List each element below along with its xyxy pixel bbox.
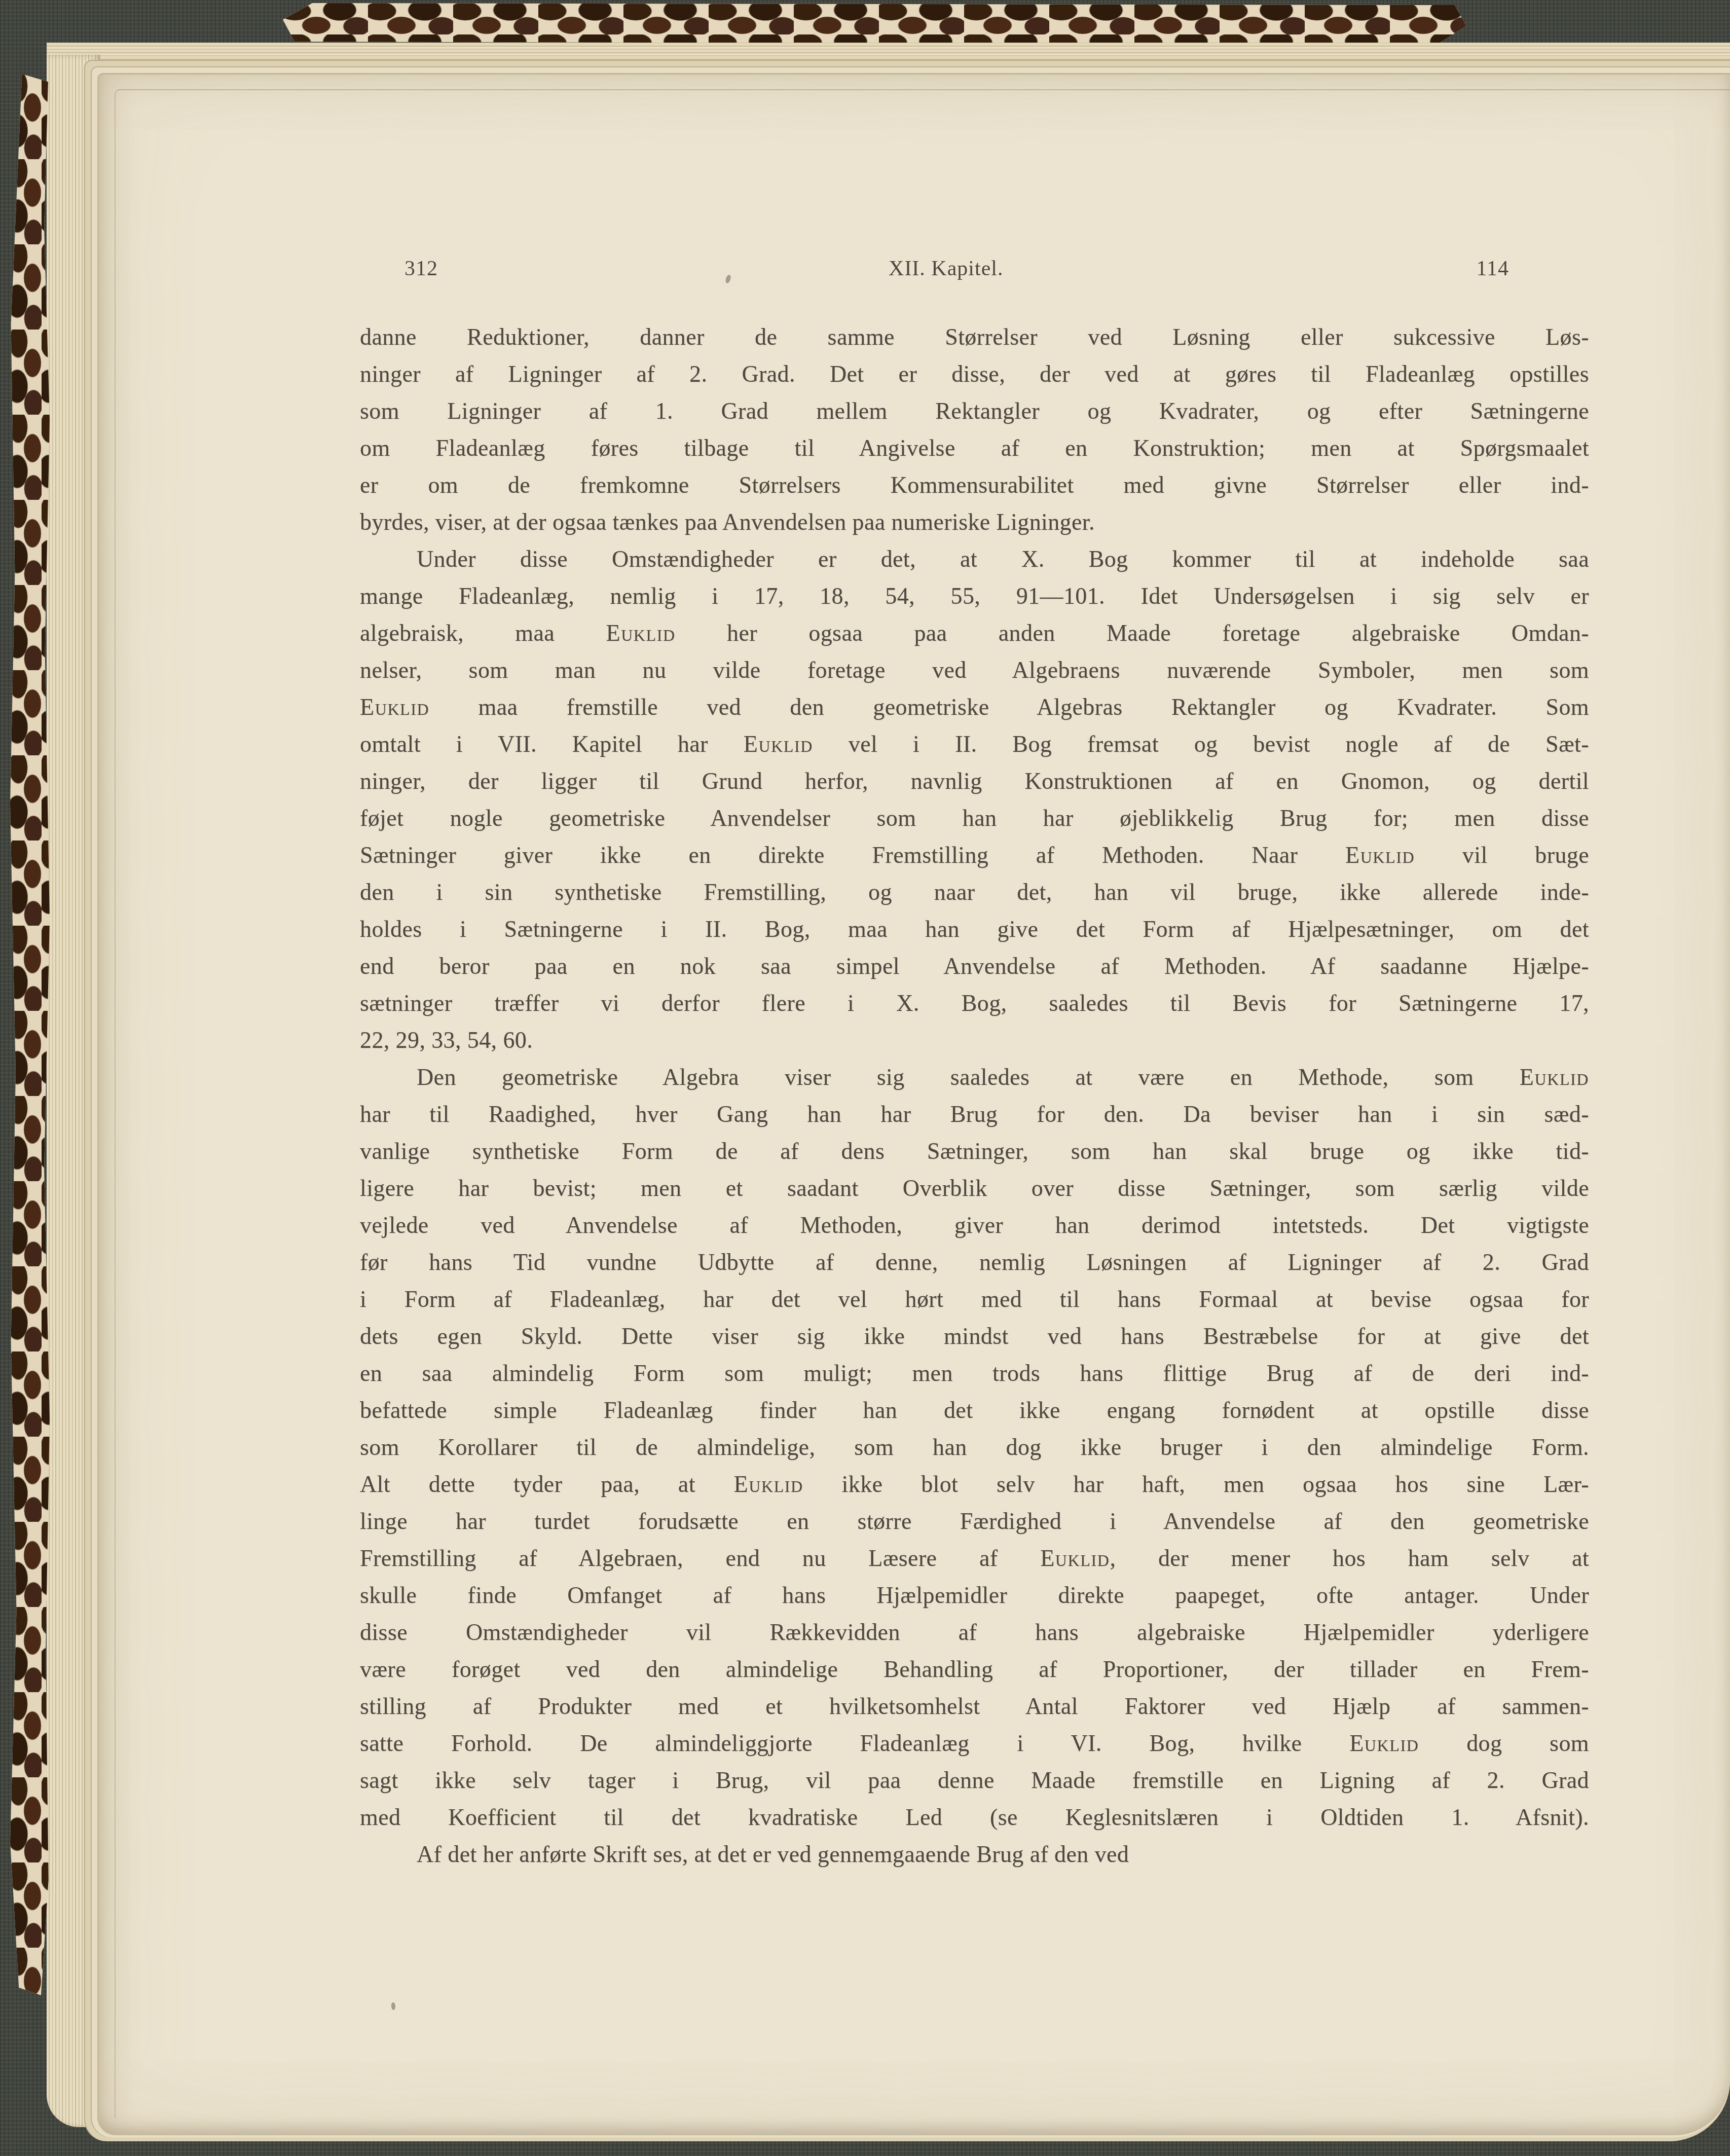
euklid-smallcaps: Euklid: [1040, 1545, 1110, 1571]
text-line: Sætninger giver ikke en direkte Fremstil…: [360, 836, 1589, 873]
page-header: 312 XII. Kapitel. 114: [360, 257, 1589, 285]
text-line: satte Forhold. De almindeliggjorte Flade…: [360, 1725, 1589, 1762]
text-line: byrdes, viser, at der ogsaa tænkes paa A…: [360, 503, 1589, 540]
text-line: nelser, som man nu vilde foretage ved Al…: [360, 651, 1589, 688]
euklid-smallcaps: Euklid: [1520, 1064, 1589, 1090]
euklid-smallcaps: Euklid: [360, 694, 429, 720]
text-line: linge har turdet forudsætte en større Fæ…: [360, 1503, 1589, 1540]
euklid-smallcaps: Euklid: [606, 620, 675, 646]
text-line: som Korollarer til de almindelige, som h…: [360, 1429, 1589, 1466]
text-line: har til Raadighed, hver Gang han har Bru…: [360, 1095, 1589, 1132]
page-number-left: 312: [360, 257, 438, 281]
text-line: sagt ikke selv tager i Brug, vil paa den…: [360, 1762, 1589, 1799]
euklid-smallcaps: Euklid: [734, 1471, 803, 1497]
text-line: være forøget ved den almindelige Behandl…: [360, 1651, 1589, 1688]
euklid-smallcaps: Euklid: [1349, 1730, 1419, 1756]
book-page: 312 XII. Kapitel. 114 danne Reduktioner,…: [97, 73, 1730, 2135]
marbled-edge-top: [283, 3, 1466, 45]
text-line: dets egen Skyld. Dette viser sig ikke mi…: [360, 1318, 1589, 1355]
text-line: med Koefficient til det kvadratiske Led …: [360, 1799, 1589, 1836]
text-line: stilling af Produkter med et hvilketsomh…: [360, 1688, 1589, 1725]
foxing-speck: [391, 2002, 396, 2011]
text-line: er om de fremkomne Størrelsers Kommensur…: [360, 466, 1589, 503]
running-title: XII. Kapitel.: [427, 257, 1465, 281]
text-line: befattede simple Fladeanlæg finder han d…: [360, 1392, 1589, 1429]
text-line: føjet nogle geometriske Anvendelser som …: [360, 799, 1589, 836]
page-number-right: 114: [1477, 257, 1589, 281]
text-line: i Form af Fladeanlæg, har det vel hørt m…: [360, 1281, 1589, 1318]
text-line: Euklid maa fremstille ved den geometrisk…: [360, 688, 1589, 725]
text-line: danne Reduktioner, danner de samme Størr…: [360, 318, 1589, 355]
text-line: Fremstilling af Algebraen, end nu Læsere…: [360, 1540, 1589, 1577]
text-line: vejlede ved Anvendelse af Methoden, give…: [360, 1207, 1589, 1244]
text-line: vanlige synthetiske Form de af dens Sætn…: [360, 1132, 1589, 1170]
text-line: som Ligninger af 1. Grad mellem Rektangl…: [360, 392, 1589, 429]
text-body: danne Reduktioner, danner de samme Størr…: [360, 318, 1589, 1873]
text-line: den i sin synthetiske Fremstilling, og n…: [360, 873, 1589, 910]
marbled-edge-left: [10, 74, 50, 1995]
text-line: mange Fladeanlæg, nemlig i 17, 18, 54, 5…: [360, 577, 1589, 614]
text-line: ninger af Ligninger af 2. Grad. Det er d…: [360, 355, 1589, 392]
text-line: ligere har bevist; men et saadant Overbl…: [360, 1170, 1589, 1207]
text-line: skulle finde Omfanget af hans Hjælpemidl…: [360, 1577, 1589, 1614]
text-line: sætninger træffer vi derfor flere i X. B…: [360, 984, 1589, 1021]
text-line: om Fladeanlæg føres tilbage til Angivels…: [360, 429, 1589, 466]
text-line: holdes i Sætningerne i II. Bog, maa han …: [360, 910, 1589, 947]
text-line: Under disse Omstændigheder er det, at X.…: [360, 540, 1589, 577]
text-line: Af det her anførte Skrift ses, at det er…: [360, 1836, 1589, 1873]
text-line: en saa almindelig Form som muligt; men t…: [360, 1355, 1589, 1392]
text-line: end beror paa en nok saa simpel Anvendel…: [360, 947, 1589, 984]
text-line: før hans Tid vundne Udbytte af denne, ne…: [360, 1244, 1589, 1281]
euklid-smallcaps: Euklid: [1345, 842, 1415, 868]
text-line: 22, 29, 33, 54, 60.: [360, 1021, 1589, 1058]
book-scan: 312 XII. Kapitel. 114 danne Reduktioner,…: [0, 0, 1730, 2156]
text-line: omtalt i VII. Kapitel har Euklid vel i I…: [360, 725, 1589, 762]
euklid-smallcaps: Euklid: [744, 731, 813, 757]
text-line: ninger, der ligger til Grund herfor, nav…: [360, 762, 1589, 799]
text-line: Den geometriske Algebra viser sig saaled…: [360, 1058, 1589, 1095]
text-line: disse Omstændigheder vil Rækkevidden af …: [360, 1614, 1589, 1651]
text-line: Alt dette tyder paa, at Euklid ikke blot…: [360, 1466, 1589, 1503]
text-line: algebraisk, maa Euklid her ogsaa paa and…: [360, 614, 1589, 651]
